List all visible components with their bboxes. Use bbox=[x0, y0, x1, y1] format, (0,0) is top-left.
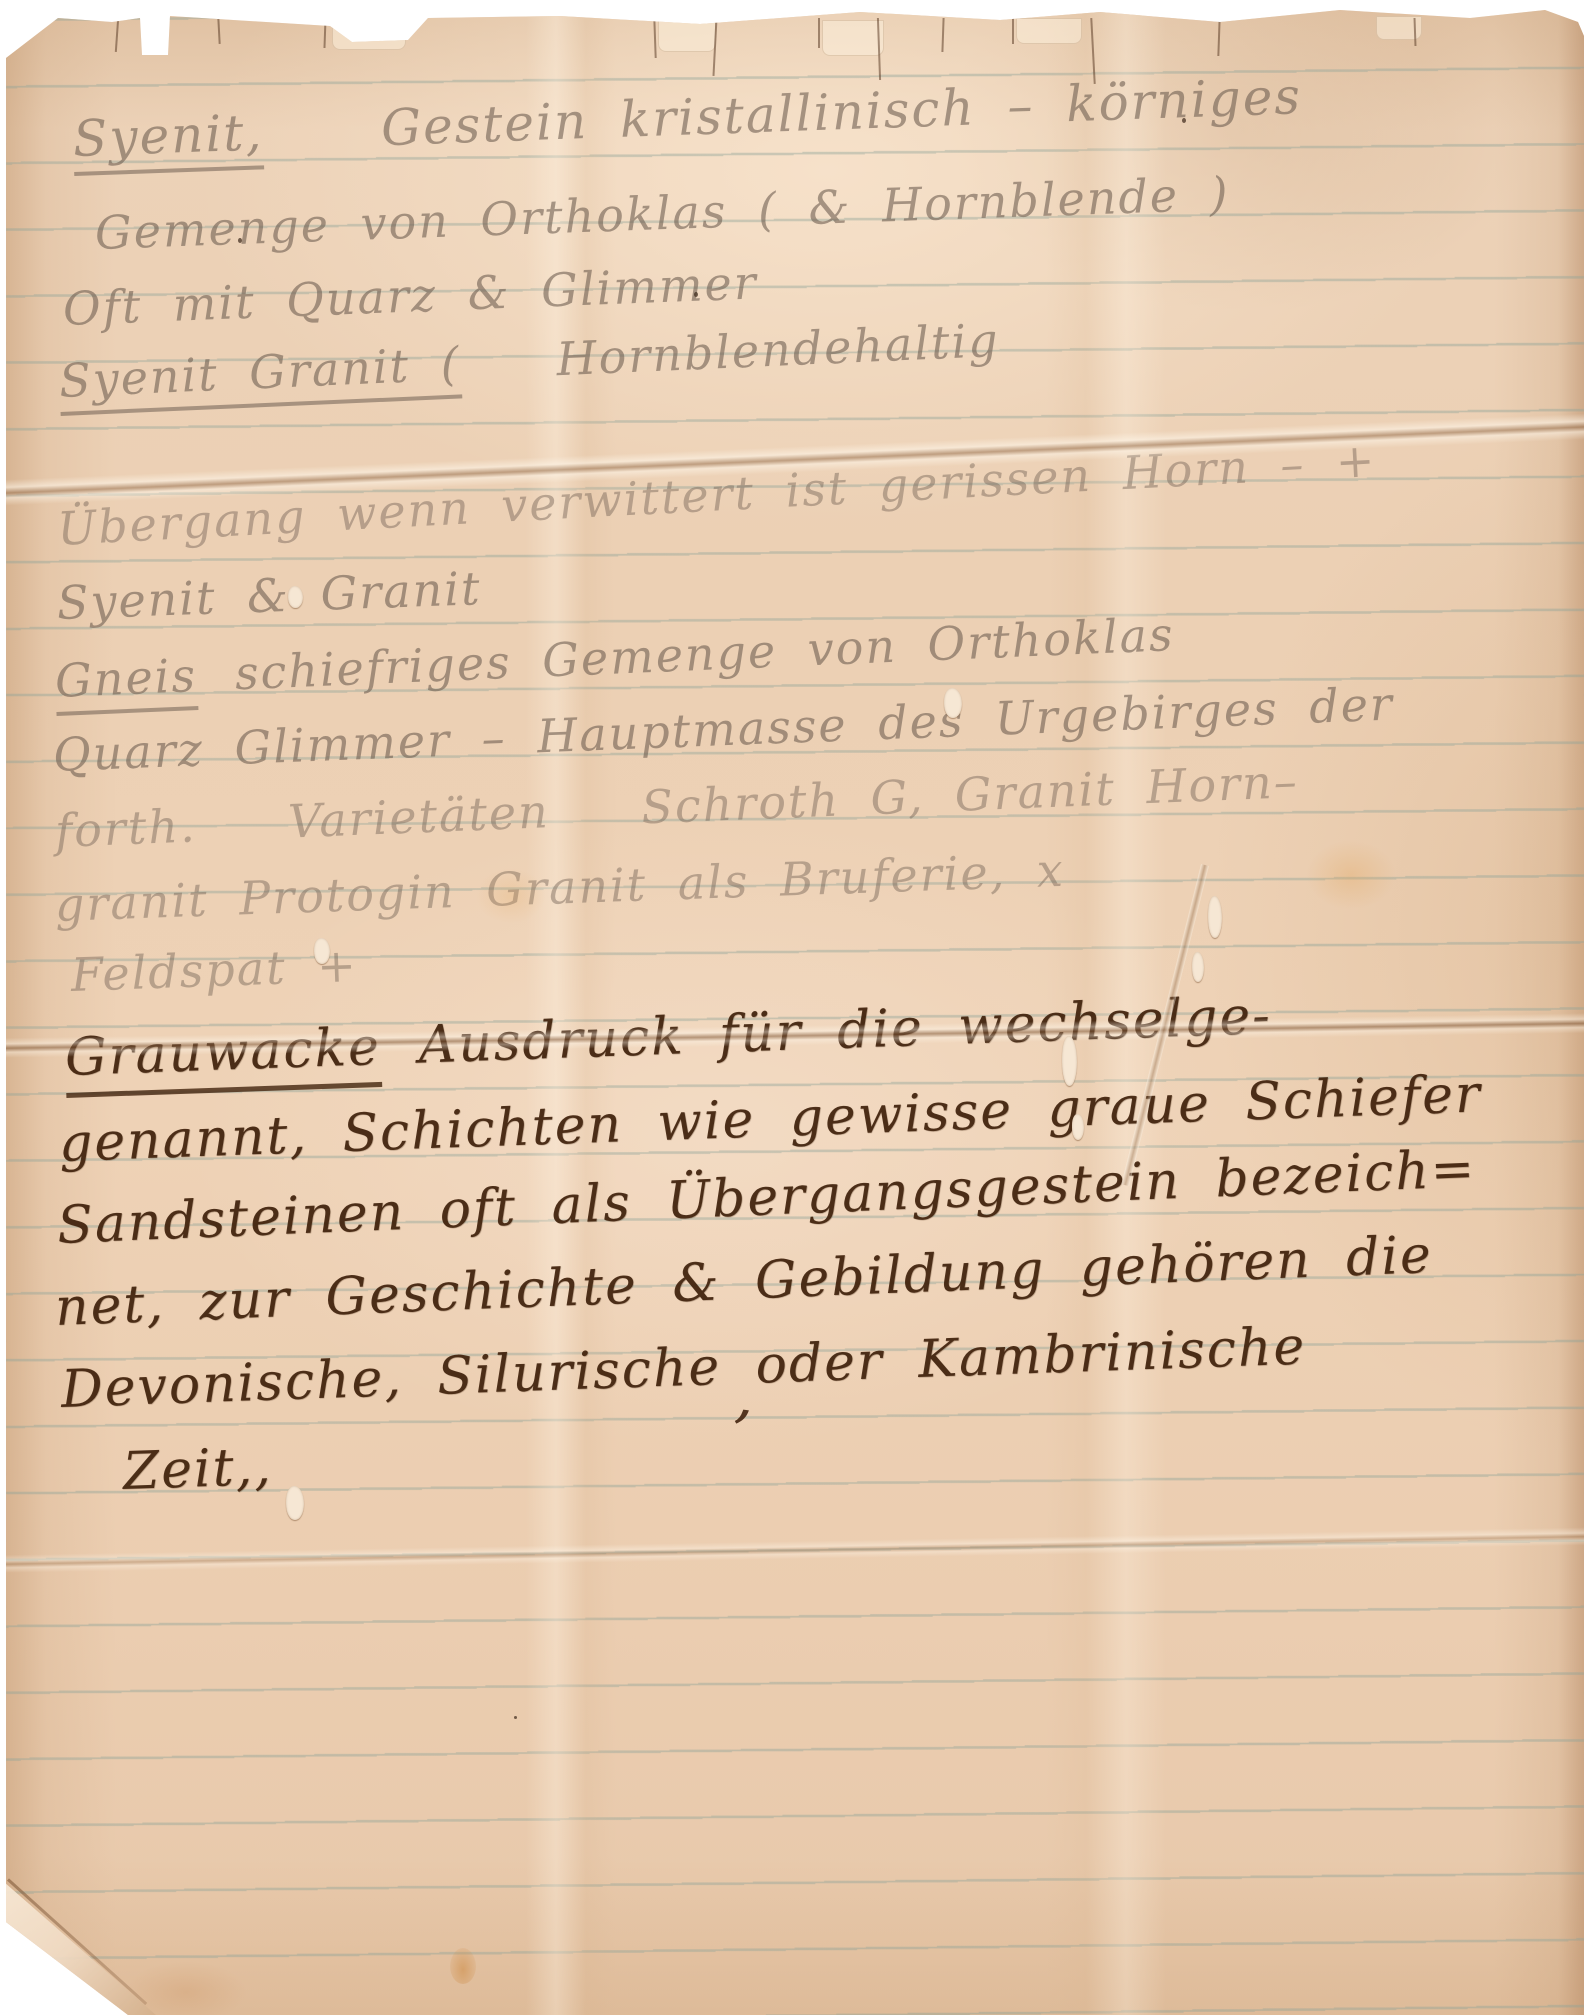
underlined-term: Gneis bbox=[54, 648, 198, 716]
paper-chip bbox=[314, 938, 330, 964]
ink-speck bbox=[1182, 118, 1186, 123]
line-text: Zeit,, bbox=[122, 1437, 274, 1502]
underlined-term: Grauwacke bbox=[64, 1017, 382, 1098]
aged-paper-sheet: Syenit,Gestein kristallinisch – körniges… bbox=[6, 10, 1584, 2015]
ink-speck bbox=[238, 238, 242, 243]
ink-speck bbox=[514, 1716, 517, 1719]
paper-chip bbox=[1062, 1036, 1077, 1086]
handwritten-line: Zeit,, bbox=[122, 1437, 274, 1502]
paper-chip bbox=[944, 688, 962, 718]
paper-chip bbox=[286, 1486, 304, 1520]
paper-chip bbox=[1192, 952, 1204, 982]
paper-chip bbox=[1072, 1114, 1084, 1140]
ink-speck bbox=[694, 292, 698, 297]
scanned-document-page: { "colors": { "scanner_background": "#ff… bbox=[0, 0, 1584, 2015]
paper-chip bbox=[288, 586, 303, 608]
underlined-term: Syenit, bbox=[72, 103, 264, 176]
paper-chip bbox=[1208, 896, 1222, 938]
